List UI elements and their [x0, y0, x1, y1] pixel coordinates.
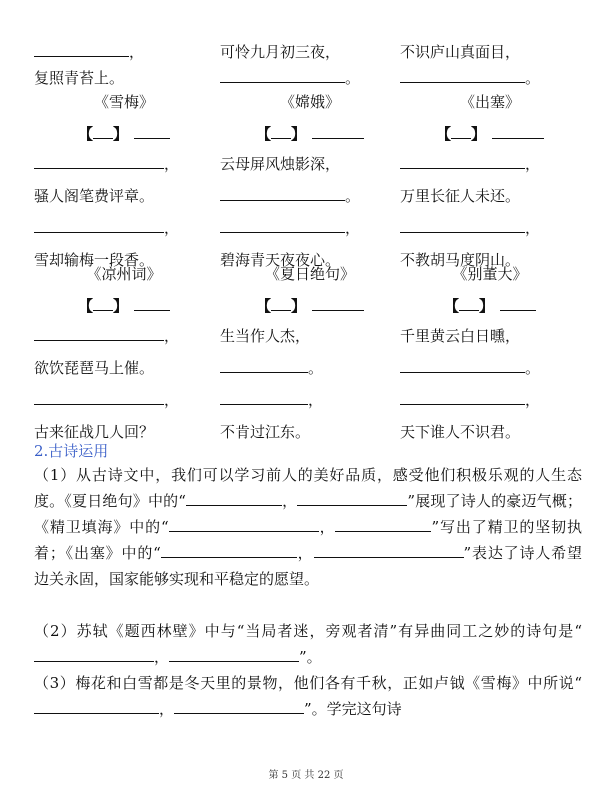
punctuation: ， [164, 219, 179, 237]
answer-blank[interactable] [220, 356, 308, 373]
answer-blank[interactable] [169, 517, 319, 532]
poem-line: 万里长征人未还。 [400, 184, 580, 208]
question-1: （1）从古诗文中，我们可以学习前人的美好品质，感受他们积极乐观的人生态度。《夏日… [34, 462, 582, 592]
answer-blank[interactable] [34, 152, 164, 169]
answer-blank[interactable] [220, 216, 345, 233]
answer-blank[interactable] [400, 388, 525, 405]
poem-blank-line[interactable]: ， [34, 388, 214, 412]
punctuation: ， [525, 155, 540, 173]
punctuation: 。 [345, 69, 360, 87]
dynasty-author-blank[interactable]: 【】 [34, 122, 214, 146]
punctuation: 。 [345, 187, 360, 205]
poem-line: 可怜九月初三夜， [220, 40, 400, 64]
answer-blank[interactable] [400, 66, 525, 83]
answer-blank[interactable] [34, 324, 164, 341]
poem-blank-line[interactable]: 。 [220, 184, 400, 208]
poem-line: 欲饮琵琶马上催。 [34, 356, 214, 380]
poem-line: 云母屏风烛影深， [220, 152, 400, 176]
answer-blank[interactable] [34, 647, 154, 662]
poem-blank-line[interactable]: ， [400, 216, 580, 240]
poem-blank-line[interactable]: ， [34, 216, 214, 240]
punctuation: ， [525, 391, 540, 409]
answer-blank[interactable] [174, 699, 304, 714]
poem-blank-line[interactable]: 。 [220, 66, 400, 90]
dynasty-author-blank[interactable]: 【】 [400, 294, 580, 318]
answer-blank[interactable] [400, 356, 525, 373]
answer-blank[interactable] [34, 216, 164, 233]
punctuation: ， [129, 43, 144, 61]
page-footer: 第 5 页 共 22 页 [0, 766, 612, 781]
poem-blank-line[interactable]: ， [34, 324, 214, 348]
question-3: （3）梅花和白雪都是冬天里的景物，他们各有千秋，正如卢钺《雪梅》中所说“，”。学… [34, 670, 582, 722]
dynasty-author-blank[interactable]: 【】 [400, 122, 580, 146]
punctuation: ， [164, 327, 179, 345]
document-page: ，复照青苔上。《雪梅》【】，骚人阁笔费评章。，雪却输梅一段香。可怜九月初三夜，。… [0, 0, 612, 792]
dynasty-author-blank[interactable]: 【】 [220, 122, 400, 146]
answer-blank[interactable] [186, 491, 282, 506]
punctuation: ， [525, 219, 540, 237]
poem-blank-line[interactable]: ， [34, 40, 214, 64]
dynasty-author-blank[interactable]: 【】 [34, 294, 214, 318]
poem-line: 复照青苔上。 [34, 66, 214, 90]
punctuation: ， [164, 155, 179, 173]
answer-blank[interactable] [34, 388, 164, 405]
punctuation: 。 [525, 69, 540, 87]
answer-blank[interactable] [34, 699, 159, 714]
answer-blank[interactable] [335, 517, 431, 532]
poem-title: 《出塞》 [400, 90, 580, 114]
answer-blank[interactable] [161, 543, 297, 558]
punctuation: ， [164, 391, 179, 409]
poem-title: 《别董大》 [400, 262, 580, 286]
dynasty-author-blank[interactable]: 【】 [220, 294, 400, 318]
poem-line: 千里黄云白日曛， [400, 324, 580, 348]
punctuation: 。 [525, 359, 540, 377]
poem-title: 《凉州词》 [34, 262, 214, 286]
answer-blank[interactable] [297, 491, 407, 506]
punctuation: 。 [308, 359, 323, 377]
poem-blank-line[interactable]: ， [220, 388, 400, 412]
question-2: （2）苏轼《题西林壁》中与“当局者迷，旁观者清”有异曲同工之妙的诗句是“，”。 [34, 618, 582, 670]
section-heading: 2.古诗运用 [34, 440, 108, 461]
answer-blank[interactable] [314, 543, 464, 558]
answer-blank[interactable] [220, 66, 345, 83]
poem-title: 《雪梅》 [34, 90, 214, 114]
poem-blank-line[interactable]: 。 [400, 66, 580, 90]
punctuation: ， [345, 219, 360, 237]
poem-blank-line[interactable]: 。 [220, 356, 400, 380]
poem-title: 《嫦娥》 [220, 90, 400, 114]
poem-blank-line[interactable]: 。 [400, 356, 580, 380]
poem-line: 不肯过江东。 [220, 420, 400, 444]
poem-blank-line[interactable]: ， [400, 388, 580, 412]
poem-line: 不识庐山真面目， [400, 40, 580, 64]
poem-title: 《夏日绝句》 [220, 262, 400, 286]
answer-blank[interactable] [400, 216, 525, 233]
answer-blank[interactable] [169, 647, 299, 662]
poem-blank-line[interactable]: ， [34, 152, 214, 176]
answer-blank[interactable] [220, 388, 308, 405]
poem-line: 骚人阁笔费评章。 [34, 184, 214, 208]
answer-blank[interactable] [220, 184, 345, 201]
poem-blank-line[interactable]: ， [400, 152, 580, 176]
answer-blank[interactable] [400, 152, 525, 169]
poem-blank-line[interactable]: ， [220, 216, 400, 240]
poem-line: 生当作人杰， [220, 324, 400, 348]
answer-blank[interactable] [34, 40, 129, 57]
punctuation: ， [308, 391, 323, 409]
poem-line: 天下谁人不识君。 [400, 420, 580, 444]
